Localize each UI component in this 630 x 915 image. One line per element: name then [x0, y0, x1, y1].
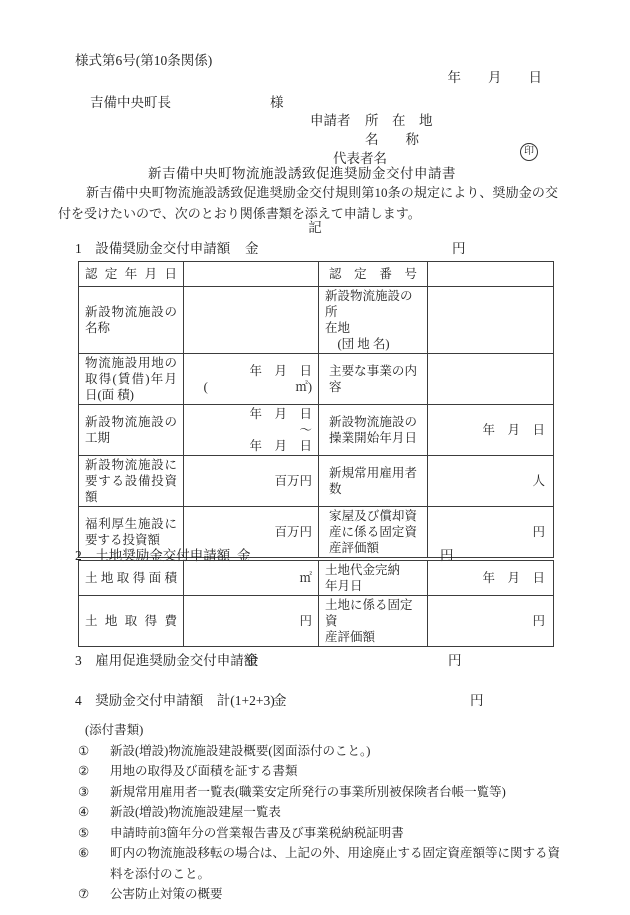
row-land-cost-assessment: 土地取得費 円 土地に係る固定資 産評価額 円: [79, 596, 554, 647]
attachment-text: 新設(増設)物流施設建設概要(図面添付のこと。): [110, 741, 560, 762]
attachment-number: ⑦: [78, 884, 100, 905]
cell-label: 認定年月日: [79, 262, 184, 287]
cell-label: 土地に係る固定資 産評価額: [319, 596, 428, 647]
cell-value: [184, 287, 319, 354]
attachment-number: ⑤: [78, 823, 100, 844]
amount-prefix: 金: [273, 689, 287, 709]
cell-value: [184, 262, 319, 287]
attachment-item: ① 新設(増設)物流施設建設概要(図面添付のこと。): [78, 741, 560, 762]
cell-label: 新設物流施設の工期: [79, 405, 184, 456]
section-4-amount-line: 4 奨励金交付申請額 計(1+2+3) 金 円: [75, 689, 555, 707]
amount-suffix: 円: [448, 649, 462, 669]
cell-value: 円: [184, 596, 319, 647]
row-land-area-payment: 土地取得面積 ㎡ 土地代金完納 年月日 年 月 日: [79, 561, 554, 596]
row-equipment-investment-employees: 新設物流施設に要する設備投資額 百万円 新規常用雇用者数 人: [79, 456, 554, 507]
cell-value: 年 月 日 ( ㎡): [184, 354, 319, 405]
cell-value: 百万円: [184, 456, 319, 507]
attachment-text: 新規常用雇用者一覧表(職業安定所発行の事業所別被保険者台帳一覧等): [110, 782, 560, 803]
cell-label: 認定番号: [319, 262, 428, 287]
applicant-address-label: 所 在 地: [365, 109, 433, 129]
section-label: 設備奨励金交付申請額: [95, 241, 230, 256]
applicant-name-label: 名 称: [365, 128, 419, 148]
cell-label: 新規常用雇用者数: [319, 456, 428, 507]
cell-label: 土地取得面積: [79, 561, 184, 596]
row-facility-name-location: 新設物流施設の名称 新設物流施設の所 在地 (団 地 名): [79, 287, 554, 354]
attachment-number: ②: [78, 761, 100, 782]
row-certification: 認定年月日 認定番号: [79, 262, 554, 287]
cell-value: [428, 262, 554, 287]
cell-value: 円: [428, 596, 554, 647]
amount-suffix: 円: [470, 689, 484, 709]
attachment-item: ③ 新規常用雇用者一覧表(職業安定所発行の事業所別被保険者台帳一覧等): [78, 782, 560, 803]
seal-stamp-icon: 印: [520, 143, 538, 161]
attachment-text: 申請時前3箇年分の営業報告書及び事業税納税証明書: [110, 823, 560, 844]
row-construction-period-operation: 新設物流施設の工期 年 月 日 ～ 年 月 日 新設物流施設の操業開始年月日 年…: [79, 405, 554, 456]
attachment-number: ⑥: [78, 843, 100, 864]
cell-value: [428, 354, 554, 405]
amount-suffix: 円: [452, 237, 466, 257]
section-number: 3: [75, 653, 82, 668]
document-title: 新吉備中央町物流施設誘致促進奨励金交付申請書: [0, 162, 604, 182]
addressee: 吉備中央町長: [90, 95, 171, 110]
attachment-text: 新設(増設)物流施設建屋一覧表: [110, 802, 560, 823]
cell-label: 土地代金完納 年月日: [319, 561, 428, 596]
cell-value: [428, 287, 554, 354]
cell-label: 土地取得費: [79, 596, 184, 647]
attachment-item: ⑤ 申請時前3箇年分の営業報告書及び事業税納税証明書: [78, 823, 560, 844]
cell-label: 新設物流施設の名称: [79, 287, 184, 354]
cell-label: 主要な事業の内容: [319, 354, 428, 405]
cell-value: 年 月 日: [428, 405, 554, 456]
section-number: 1: [75, 241, 82, 256]
section-number: 4: [75, 693, 82, 708]
section-label: 奨励金交付申請額 計(1+2+3): [95, 693, 274, 708]
amount-prefix: 金: [245, 237, 259, 257]
facility-incentive-table: 認定年月日 認定番号 新設物流施設の名称 新設物流施設の所 在地 (団 地 名)…: [78, 261, 554, 558]
attachment-item: ⑦ 公害防止対策の概要: [78, 884, 560, 905]
cell-label: 新設物流施設の所 在地 (団 地 名): [319, 287, 428, 354]
section-1-amount-line: 1 設備奨励金交付申請額 金 円: [75, 237, 555, 255]
attachment-item: ② 用地の取得及び面積を証する書類: [78, 761, 560, 782]
addressee-line: 吉備中央町長 様: [90, 91, 390, 111]
attachment-number: ④: [78, 802, 100, 823]
cell-value: 人: [428, 456, 554, 507]
cell-label: 新設物流施設に要する設備投資額: [79, 456, 184, 507]
section-3-amount-line: 3 雇用促進奨励金交付申請額 金 円: [75, 649, 555, 667]
section-label: 雇用促進奨励金交付申請額: [95, 653, 257, 668]
applicant-block: 申請者 所 在 地 名 称 代表者名 印: [310, 109, 560, 169]
attachments-heading: (添付書類): [85, 720, 560, 741]
cell-label: 新設物流施設の操業開始年月日: [319, 405, 428, 456]
attachment-number: ③: [78, 782, 100, 803]
honorific: 様: [270, 91, 284, 111]
attachment-item: ④ 新設(増設)物流施設建屋一覧表: [78, 802, 560, 823]
cell-value: ㎡: [184, 561, 319, 596]
record-marker: 記: [0, 216, 630, 236]
row-land-acquisition-business: 物流施設用地の取得(賃借)年月日(面 積) 年 月 日 ( ㎡) 主要な事業の内…: [79, 354, 554, 405]
attachments-list: (添付書類) ① 新設(増設)物流施設建設概要(図面添付のこと。) ② 用地の取…: [78, 720, 560, 905]
cell-value: 年 月 日: [428, 561, 554, 596]
cell-value: 年 月 日 ～ 年 月 日: [184, 405, 319, 456]
attachment-item: ⑥ 町内の物流施設移転の場合は、上記の外、用途廃止する固定資産額等に関する資料を…: [78, 843, 560, 884]
form-number: 様式第6号(第10条関係): [75, 49, 212, 69]
applicant-label: 申請者: [310, 109, 351, 129]
attachment-number: ①: [78, 741, 100, 762]
amount-prefix: 金: [245, 649, 259, 669]
land-incentive-table: 土地取得面積 ㎡ 土地代金完納 年月日 年 月 日 土地取得費 円 土地に係る固…: [78, 560, 554, 647]
attachment-text: 町内の物流施設移転の場合は、上記の外、用途廃止する固定資産額等に関する資料を添付…: [110, 843, 560, 884]
date-line: 年 月 日: [448, 66, 543, 86]
cell-label: 物流施設用地の取得(賃借)年月日(面 積): [79, 354, 184, 405]
attachment-text: 用地の取得及び面積を証する書類: [110, 761, 560, 782]
application-form-document: 様式第6号(第10条関係) 年 月 日 吉備中央町長 様 申請者 所 在 地 名…: [0, 0, 630, 915]
attachment-text: 公害防止対策の概要: [110, 884, 560, 905]
